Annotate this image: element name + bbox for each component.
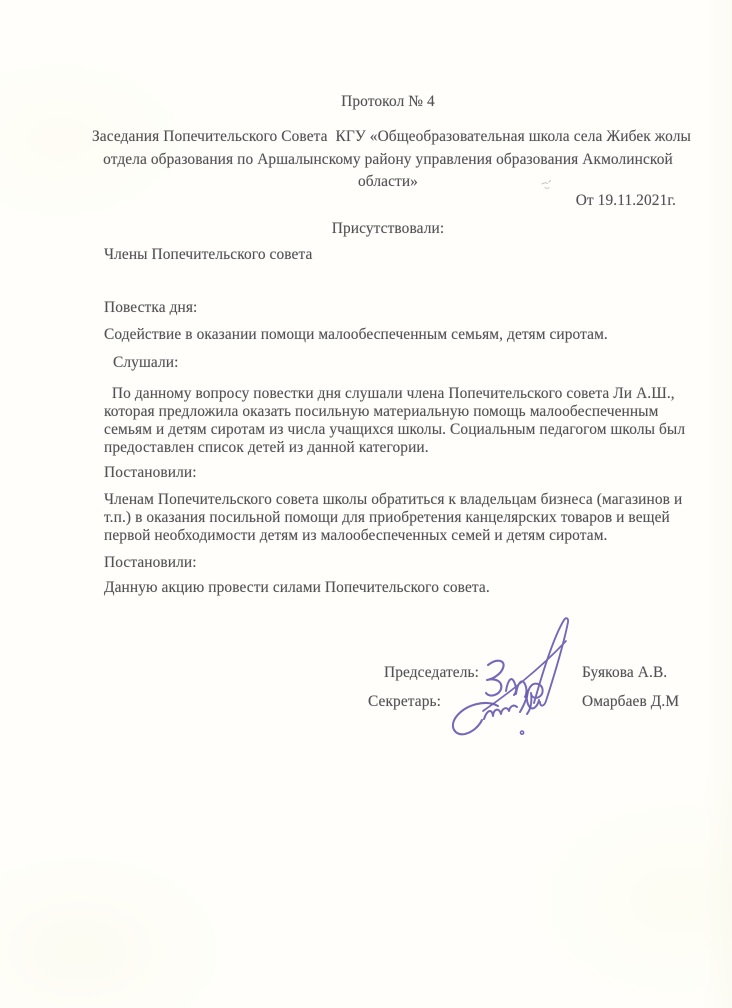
agenda-heading: Повестка дня: [104,299,197,317]
attendees-value: Члены Попечительского совета [104,246,312,264]
document-date: От 19.11.2021г. [0,192,676,210]
heard-heading: Слушали: [113,354,178,372]
document-header: Заседания Попечительского Совета КГУ «Об… [92,126,684,194]
document-title: Протокол № 4 [92,93,684,111]
heard-paragraph: По данному вопросу повестки дня слушали … [104,385,685,457]
chairman-label: Председатель: [384,664,479,682]
attendees-heading: Присутствовали: [92,220,684,238]
resolved-heading-2: Постановили: [104,554,197,572]
scanned-document-page: { "page": { "title": "Протокол № 4", "he… [0,0,732,1008]
resolved-paragraph-1: Членам Попечительского совета школы обра… [104,491,682,545]
resolved-paragraph-2: Данную акцию провести силами Попечительс… [104,579,490,597]
chairman-signature-ink [483,618,568,714]
agenda-item: Содействие в оказании помощи малообеспеч… [104,326,608,344]
secretary-name: Омарбаев Д.М [582,693,679,711]
resolved-heading-1: Постановили: [104,464,197,482]
chairman-name: Буякова А.В. [582,664,667,682]
secretary-label: Секретарь: [368,693,441,711]
secretary-signature-ink [453,691,539,734]
